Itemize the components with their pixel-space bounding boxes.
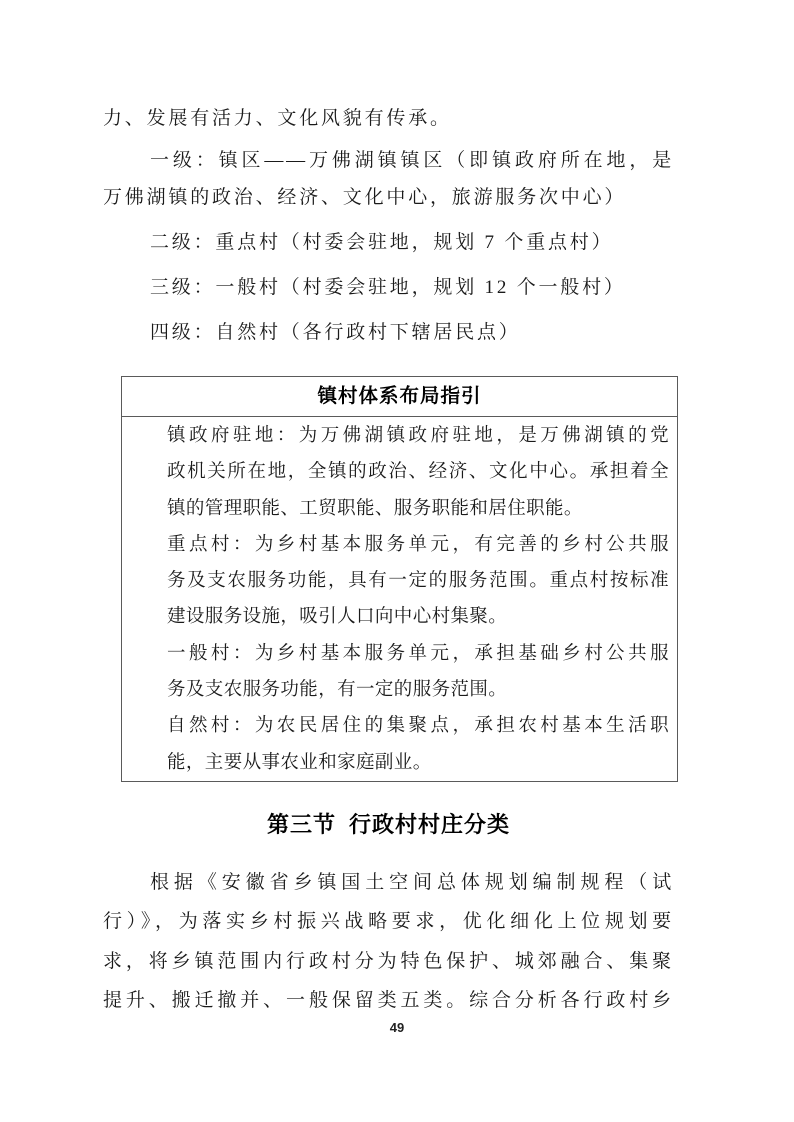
guide-paragraph-key-village: 重点村：为乡村基本服务单元，有完善的乡村公共服 务及支农服务功能，具有一定的服务… bbox=[130, 527, 669, 636]
guide-paragraph-general-village: 一般村：为乡村基本服务单元，承担基础乡村公共服 务及支农服务功能，有一定的服务范… bbox=[130, 636, 669, 709]
section-heading: 第三节 行政村村庄分类 bbox=[103, 805, 674, 845]
text-line: 万佛湖镇的政治、经济、文化中心，旅游服务次中心） bbox=[103, 179, 674, 216]
body-paragraph-continuation: 力、发展有活力、文化风貌有传承。 bbox=[103, 100, 674, 137]
text-line: 务及支农服务功能，有一定的服务范围。 bbox=[130, 672, 669, 708]
guide-box-body: 镇政府驻地：为万佛湖镇政府驻地，是万佛湖镇的党 政机关所在地，全镇的政治、经济、… bbox=[122, 417, 677, 781]
section-paragraph: 根据《安徽省乡镇国土空间总体规划编制规程（试 行）》，为落实乡村振兴战略要求，优… bbox=[103, 863, 674, 1021]
text-line: 能，主要从事农业和家庭副业。 bbox=[130, 745, 669, 781]
text-line: 根据《安徽省乡镇国土空间总体规划编制规程（试 bbox=[103, 863, 674, 903]
guide-paragraph-town-seat: 镇政府驻地：为万佛湖镇政府驻地，是万佛湖镇的党 政机关所在地，全镇的政治、经济、… bbox=[130, 418, 669, 527]
guide-box-title: 镇村体系布局指引 bbox=[122, 377, 677, 417]
text-line: 一般村：为乡村基本服务单元，承担基础乡村公共服 bbox=[130, 636, 669, 672]
body-paragraph-level1: 一级：镇区——万佛湖镇镇区（即镇政府所在地，是 万佛湖镇的政治、经济、文化中心，… bbox=[103, 142, 674, 217]
page-content: 力、发展有活力、文化风貌有传承。 一级：镇区——万佛湖镇镇区（即镇政府所在地，是… bbox=[103, 100, 674, 1021]
text-line: 建设服务设施，吸引人口向中心村集聚。 bbox=[130, 599, 669, 635]
text-line: 行）》，为落实乡村振兴战略要求，优化细化上位规划要 bbox=[103, 902, 674, 942]
document-page: 力、发展有活力、文化风貌有传承。 一级：镇区——万佛湖镇镇区（即镇政府所在地，是… bbox=[0, 0, 794, 1122]
page-number: 49 bbox=[0, 1020, 794, 1035]
text-line: 四级：自然村（各行政村下辖居民点） bbox=[103, 314, 674, 351]
text-line: 一级：镇区——万佛湖镇镇区（即镇政府所在地，是 bbox=[103, 142, 674, 179]
text-line: 务及支农服务功能，具有一定的服务范围。重点村按标准 bbox=[130, 563, 669, 599]
guide-paragraph-natural-village: 自然村：为农民居住的集聚点，承担农村基本生活职 能，主要从事农业和家庭副业。 bbox=[130, 708, 669, 781]
body-paragraph-level3: 三级：一般村（村委会驻地，规划 12 个一般村） bbox=[103, 269, 674, 306]
text-line: 提升、搬迁撤并、一般保留类五类。综合分析各行政村乡 bbox=[103, 981, 674, 1021]
body-paragraph-level2: 二级：重点村（村委会驻地，规划 7 个重点村） bbox=[103, 224, 674, 261]
text-line: 政机关所在地，全镇的政治、经济、文化中心。承担着全 bbox=[130, 454, 669, 490]
text-line: 求，将乡镇范围内行政村分为特色保护、城郊融合、集聚 bbox=[103, 942, 674, 982]
text-line: 力、发展有活力、文化风貌有传承。 bbox=[103, 100, 674, 137]
guide-box-table: 镇村体系布局指引 镇政府驻地：为万佛湖镇政府驻地，是万佛湖镇的党 政机关所在地，… bbox=[121, 376, 678, 782]
text-line: 三级：一般村（村委会驻地，规划 12 个一般村） bbox=[103, 269, 674, 306]
text-line: 二级：重点村（村委会驻地，规划 7 个重点村） bbox=[103, 224, 674, 261]
text-line: 镇政府驻地：为万佛湖镇政府驻地，是万佛湖镇的党 bbox=[130, 418, 669, 454]
text-line: 重点村：为乡村基本服务单元，有完善的乡村公共服 bbox=[130, 527, 669, 563]
text-line: 镇的管理职能、工贸职能、服务职能和居住职能。 bbox=[130, 491, 669, 527]
body-paragraph-level4: 四级：自然村（各行政村下辖居民点） bbox=[103, 314, 674, 351]
text-line: 自然村：为农民居住的集聚点，承担农村基本生活职 bbox=[130, 708, 669, 744]
